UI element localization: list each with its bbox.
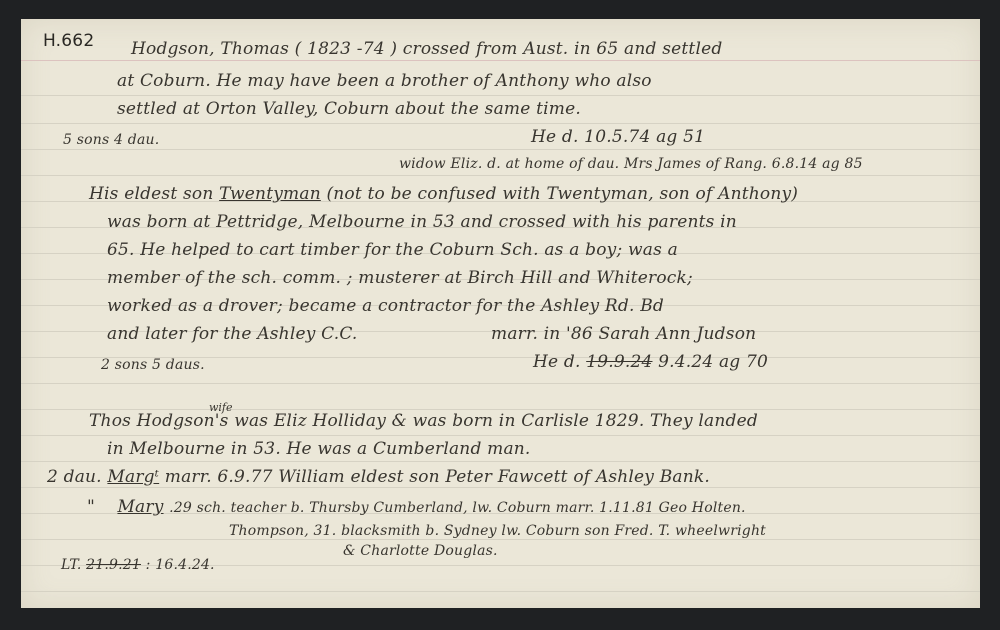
eldest-son-line-3: 65. He helped to cart timber for the Cob… <box>107 240 678 260</box>
daughter-2-line-2: Thompson, 31. blacksmith b. Sydney lw. C… <box>229 523 766 539</box>
ruled-line <box>21 591 980 592</box>
ruled-line <box>21 175 980 176</box>
children-summary: 5 sons 4 dau. <box>63 132 159 148</box>
header-rule <box>21 60 980 61</box>
death-struck-date: 19.9.24 <box>586 352 652 372</box>
daughter-2: " Mary .29 sch. teacher b. Thursby Cumbe… <box>87 497 746 517</box>
index-card: H.662 Hodgson, Thomas ( 1823 -74 ) cross… <box>21 19 980 608</box>
ditto-mark: " <box>87 497 95 517</box>
eldest-son-line-6: and later for the Ashley C.C. <box>107 324 358 344</box>
ruled-line <box>21 383 980 384</box>
ruled-line <box>21 123 980 124</box>
daughters-label: 2 dau. <box>47 467 102 487</box>
wife-note-text: was Eliz Holliday & was born in Carlisle… <box>234 411 758 431</box>
ruled-line <box>21 409 980 410</box>
header-line-3: settled at Orton Valley, Coburn about th… <box>117 99 581 119</box>
daughter-1-name: Margᵗ <box>107 467 159 487</box>
death-date: 9.4.24 ag 70 <box>658 352 768 372</box>
daughter-2-name: Mary <box>117 497 163 517</box>
wife-note-line-2: in Melbourne in 53. He was a Cumberland … <box>107 439 531 459</box>
wife-note-intro: Thos Hodgson's <box>89 411 229 431</box>
ruled-line <box>21 149 980 150</box>
eldest-son-line-4: member of the sch. comm. ; musterer at B… <box>107 268 693 288</box>
eldest-son-line-5: worked as a drover; became a contractor … <box>107 296 664 316</box>
eldest-son-death: He d. 19.9.24 9.4.24 ag 70 <box>533 352 768 372</box>
ruled-line <box>21 95 980 96</box>
eldest-son-line-2: was born at Pettridge, Melbourne in 53 a… <box>107 212 737 232</box>
eldest-son-intro: His eldest son <box>89 184 214 204</box>
daughter-2-text: .29 sch. teacher b. Thursby Cumberland, … <box>169 500 746 516</box>
ruled-line <box>21 539 980 540</box>
ruled-line <box>21 461 980 462</box>
footer-date: : 16.4.24. <box>146 557 215 573</box>
eldest-son-name: Twentyman <box>219 184 321 204</box>
daughter-1-text: marr. 6.9.77 William eldest son Peter Fa… <box>165 467 710 487</box>
wife-note-line-1: Thos Hodgson's was Eliz Holliday & was b… <box>89 411 758 431</box>
widow-record: widow Eliz. d. at home of dau. Mrs James… <box>399 156 863 172</box>
daughter-2-line-3: & Charlotte Douglas. <box>343 543 498 559</box>
footer-lt: LT. 21.9.21 : 16.4.24. <box>61 557 215 573</box>
eldest-son-line-1: His eldest son Twentyman (not to be conf… <box>89 184 798 204</box>
ruled-line <box>21 435 980 436</box>
footer-struck-date: 21.9.21 <box>86 557 141 573</box>
eldest-son-marriage: marr. in '86 Sarah Ann Judson <box>491 324 756 344</box>
footer-prefix: LT. <box>61 557 82 573</box>
ruled-line <box>21 487 980 488</box>
eldest-son-children: 2 sons 5 daus. <box>101 357 205 373</box>
card-reference: H.662 <box>43 31 94 51</box>
header-line-1: Hodgson, Thomas ( 1823 -74 ) crossed fro… <box>131 39 722 59</box>
eldest-son-note: (not to be confused with Twentyman, son … <box>326 184 798 204</box>
daughter-1: 2 dau. Margᵗ marr. 6.9.77 William eldest… <box>47 467 710 487</box>
header-line-2: at Coburn. He may have been a brother of… <box>117 71 652 91</box>
death-prefix: He d. <box>533 352 581 372</box>
death-record: He d. 10.5.74 ag 51 <box>531 127 705 147</box>
